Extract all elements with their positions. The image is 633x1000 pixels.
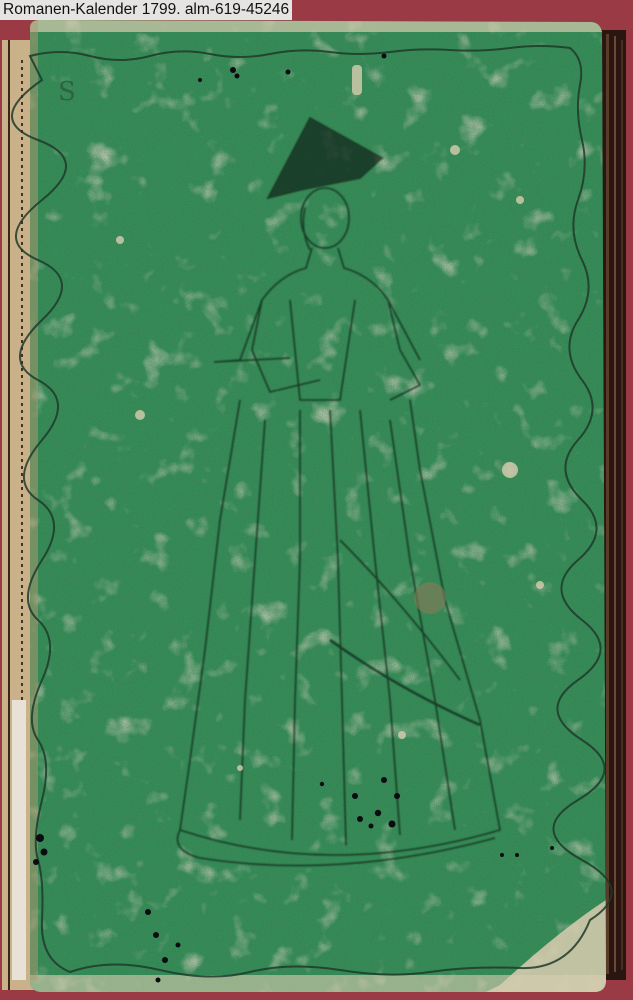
- book-spine: [2, 40, 34, 990]
- corner-mark: S: [58, 77, 76, 107]
- book-cover-photo: S: [0, 0, 633, 1000]
- stain: [414, 582, 446, 614]
- image-caption: Romanen-Kalender 1799. alm-619-45246: [0, 0, 292, 20]
